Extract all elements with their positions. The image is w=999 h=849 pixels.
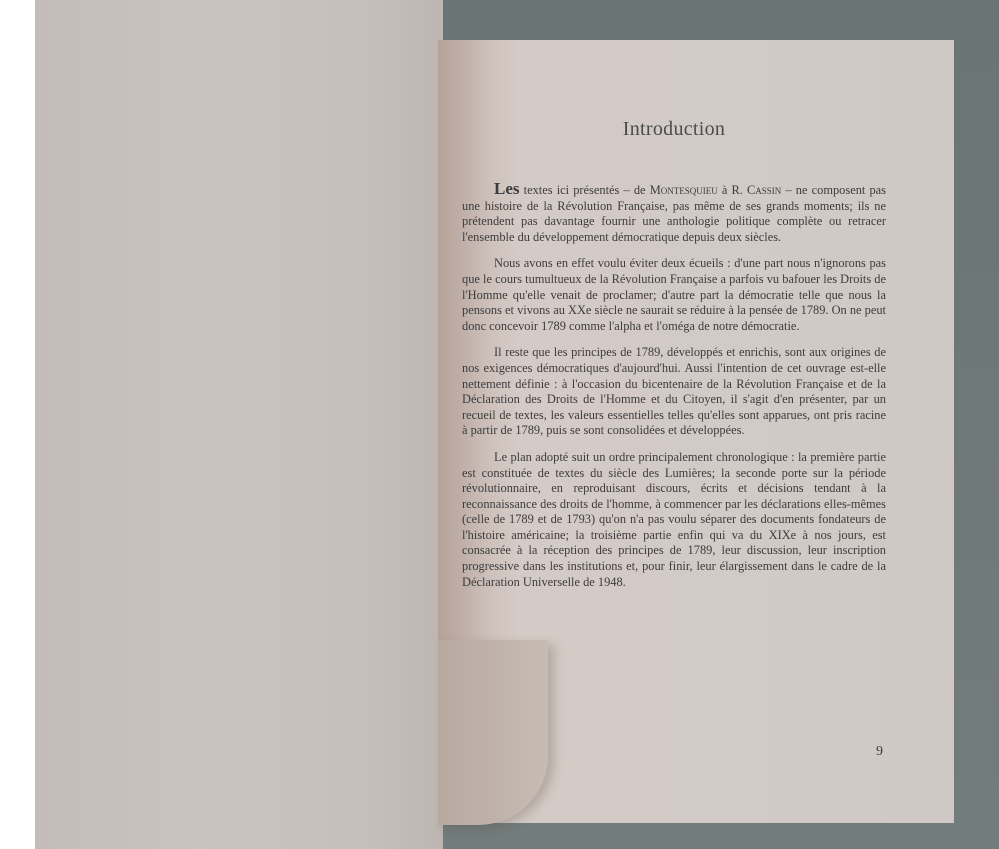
page-text-block: Introduction Les textes ici présentés – … xyxy=(462,118,886,601)
paragraph-1-text-a: textes ici présentés – de xyxy=(520,183,650,197)
paragraph-1-text-b: à R. xyxy=(718,183,747,197)
drop-cap: Les xyxy=(494,179,520,198)
paragraph-1: Les textes ici présentés – de Montesquie… xyxy=(462,181,886,245)
page-number: 9 xyxy=(876,744,883,760)
author-cassin: Cassin xyxy=(747,183,781,197)
page-curl xyxy=(438,640,548,825)
paragraph-4: Le plan adopté suit un ordre principalem… xyxy=(462,450,886,590)
paragraph-3: Il reste que les principes de 1789, déve… xyxy=(462,345,886,439)
left-page-blank xyxy=(35,0,443,849)
page-title: Introduction xyxy=(462,118,886,141)
author-montesquieu: Montesquieu xyxy=(650,183,718,197)
paragraph-2: Nous avons en effet voulu éviter deux éc… xyxy=(462,256,886,334)
